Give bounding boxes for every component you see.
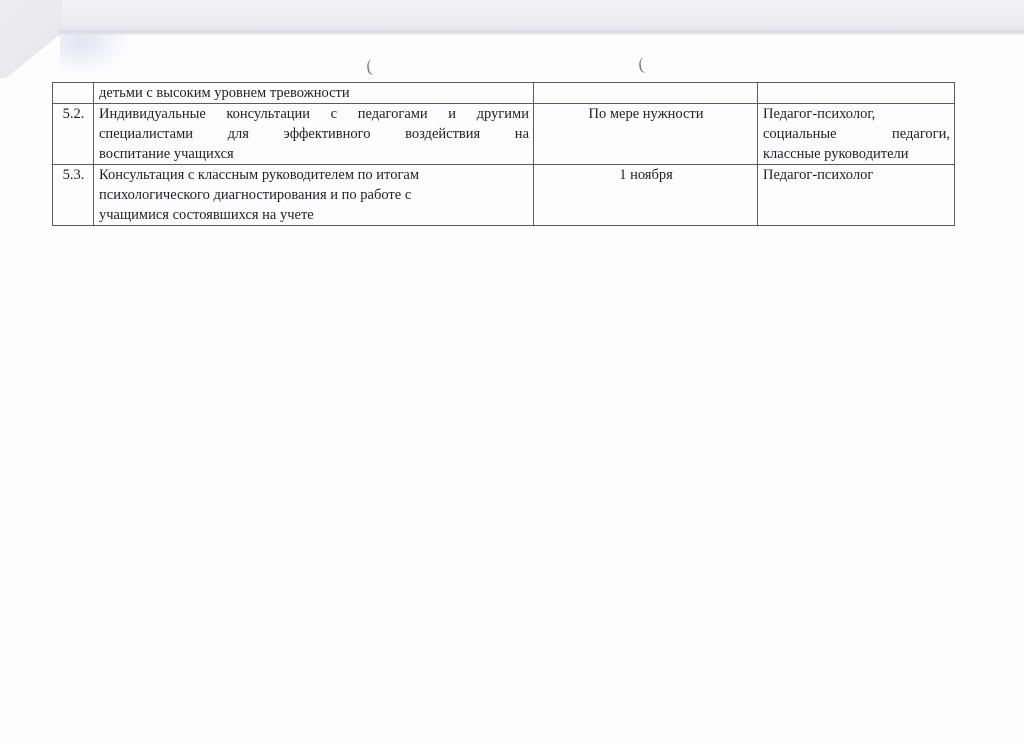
table-row: детьми с высоким уровнем тревожности (53, 83, 955, 104)
activity-cell: детьми с высоким уровнем тревожности (94, 83, 534, 104)
responsible-cell (758, 83, 955, 104)
responsible-text: социальные педагоги, (763, 124, 950, 144)
table-row: 5.3. Консультация с классным руководител… (53, 165, 955, 226)
date-cell: 1 ноября (534, 165, 758, 226)
row-number: 5.3. (53, 165, 94, 226)
responsible-cell: Педагог-психолог (758, 165, 955, 226)
staple-mark-icon: ( (364, 58, 375, 76)
scan-tint (60, 34, 130, 74)
activity-text: Консультация с классным руководителем по… (99, 165, 529, 185)
scan-folded-corner (0, 0, 62, 78)
responsible-cell: Педагог-психолог, социальные педагоги, к… (758, 104, 955, 165)
activity-text: воспитание учащихся (99, 144, 529, 164)
responsible-text: Педагог-психолог (763, 165, 950, 185)
table-row: 5.2. Индивидуальные консультации с педаг… (53, 104, 955, 165)
row-number (53, 83, 94, 104)
row-number: 5.2. (53, 104, 94, 165)
date-cell (534, 83, 758, 104)
activity-text: детьми с высоким уровнем тревожности (99, 83, 529, 103)
activity-text: учащимися состоявшихся на учете (99, 205, 529, 225)
activity-cell: Консультация с классным руководителем по… (94, 165, 534, 226)
scan-shadow (58, 30, 1024, 36)
scan-page-edge (0, 0, 1024, 34)
activity-cell: Индивидуальные консультации с педагогами… (94, 104, 534, 165)
date-cell: По мере нужности (534, 104, 758, 165)
plan-table: детьми с высоким уровнем тревожности 5.2… (52, 82, 955, 226)
activity-text: Индивидуальные консультации с педагогами… (99, 104, 529, 124)
activity-text: психологического диагностирования и по р… (99, 185, 529, 205)
activity-text: специалистами для эффективного воздейств… (99, 124, 529, 144)
staple-mark-icon: ( (636, 56, 647, 74)
responsible-text: Педагог-психолог, (763, 104, 950, 124)
responsible-text: классные руководители (763, 144, 950, 164)
